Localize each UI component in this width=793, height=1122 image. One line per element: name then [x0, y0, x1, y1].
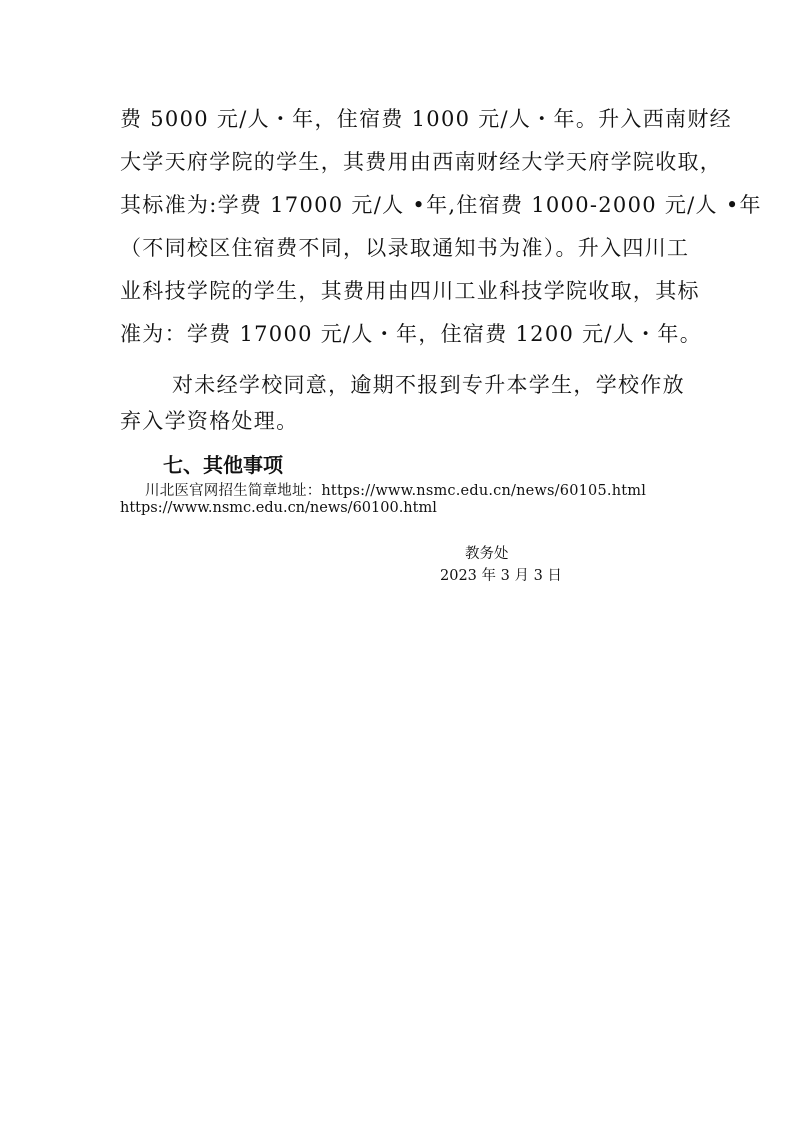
fees-line-6: 准为：学费 17000 元/人・年，住宿费 1200 元/人・年。 [120, 318, 702, 348]
absence-line-1: 对未经学校同意，逾期不报到专升本学生，学校作放 [172, 369, 685, 399]
links-line-2: https://www.nsmc.edu.cn/news/60100.html [120, 500, 437, 516]
signature-date: 2023 年 3 月 3 日 [440, 564, 562, 585]
absence-line-2: 弃入学资格处理。 [120, 405, 298, 435]
fees-line-4: （不同校区住宿费不同，以录取通知书为准）。升入四川工 [120, 232, 689, 262]
links-line-1: 川北医官网招生简章地址：https://www.nsmc.edu.cn/news… [145, 479, 646, 500]
section-heading: 七、其他事项 [163, 449, 283, 478]
fees-line-5: 业科技学院的学生，其费用由四川工业科技学院收取，其标 [120, 275, 700, 305]
fees-line-1: 费 5000 元/人・年，住宿费 1000 元/人・年。升入西南财经 [120, 103, 732, 133]
fees-line-2: 大学天府学院的学生，其费用由西南财经大学天府学院收取， [120, 146, 722, 176]
fees-line-3: 其标准为:学费 17000 元/人 •年,住宿费 1000-2000 元/人 •… [120, 189, 762, 219]
signature-office: 教务处 [465, 542, 509, 563]
